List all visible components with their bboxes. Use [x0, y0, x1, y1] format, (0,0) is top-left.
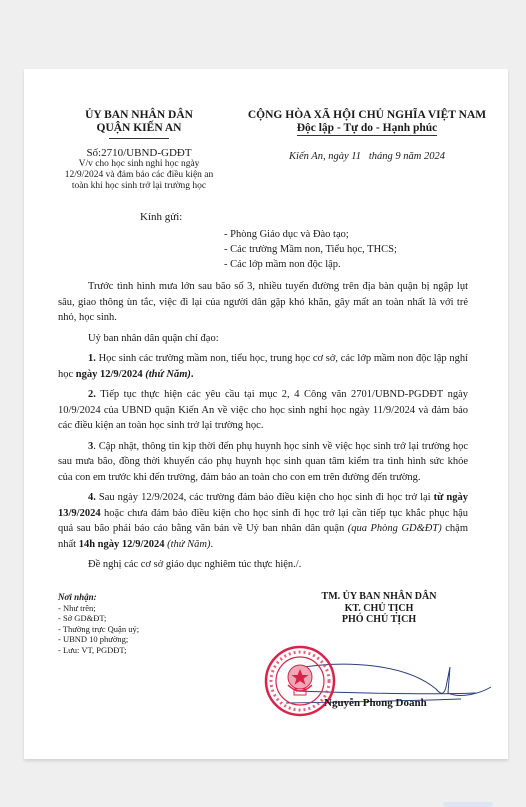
document-number: Số:2710/UBND-GDĐT	[54, 147, 224, 159]
country-name: CỘNG HÒA XÃ HỘI CHỦ NGHĨA VIỆT NAM	[232, 109, 502, 122]
recipient-list: - Phòng Giáo dục và Đào tạo; - Các trườn…	[224, 227, 397, 272]
signature-title-3: PHÓ CHỦ TỊCH	[274, 614, 484, 626]
directive-item-2: 2. Tiếp tục thực hiện các yêu cầu tại mụ…	[58, 387, 468, 434]
national-header: CỘNG HÒA XÃ HỘI CHỦ NGHĨA VIỆT NAM Độc l…	[232, 109, 502, 163]
directive-intro: Uỷ ban nhân dân quận chỉ đạo:	[58, 331, 468, 347]
distribution-heading: Nơi nhận:	[58, 592, 139, 603]
subject-line-2: 12/9/2024 và đảm bảo các điều kiện an	[54, 170, 224, 181]
directive-item-4: 4. Sau ngày 12/9/2024, các trường đảm bả…	[58, 490, 468, 552]
signature-title-1: TM. ỦY BAN NHÂN DÂN	[274, 591, 484, 603]
recipient-item: - Các trường Mầm non, Tiểu học, THCS;	[224, 242, 397, 257]
recipient-item: - Các lớp mầm non độc lập.	[224, 257, 397, 272]
motto-rule	[297, 135, 437, 136]
scroll-indicator	[443, 802, 493, 807]
directive-item-3: 3. Cập nhật, thông tin kịp thời đến phụ …	[58, 439, 468, 486]
distribution-item: - Như trên;	[58, 603, 139, 614]
signer-name: Nguyễn Phong Doanh	[324, 697, 427, 709]
intro-paragraph: Trước tình hình mưa lớn sau bão số 3, nh…	[58, 279, 468, 326]
signature-title-2: KT. CHỦ TỊCH	[274, 603, 484, 615]
distribution-item: - UBND 10 phường;	[58, 634, 139, 645]
header-rule	[109, 138, 169, 139]
document-body: Trước tình hình mưa lớn sau bão số 3, nh…	[58, 279, 468, 578]
salutation: Kính gửi:	[140, 211, 182, 223]
subject-line-1: V/v cho học sinh nghỉ học ngày	[54, 159, 224, 170]
national-motto: Độc lập - Tự do - Hạnh phúc	[232, 122, 502, 135]
document-page: ỦY BAN NHÂN DÂN QUẬN KIẾN AN Số:2710/UBN…	[24, 69, 508, 759]
distribution-item: - Thường trực Quận uỷ;	[58, 624, 139, 635]
distribution-item: - Lưu: VT, PGDĐT;	[58, 645, 139, 656]
issuer-org: ỦY BAN NHÂN DÂN	[54, 109, 224, 122]
signature-block: TM. ỦY BAN NHÂN DÂN KT. CHỦ TỊCH PHÓ CHỦ…	[274, 591, 484, 626]
distribution-item: - Sở GD&ĐT;	[58, 613, 139, 624]
directive-item-1: 1. Học sinh các trường mầm non, tiểu học…	[58, 351, 468, 382]
issue-date: Kiến An, ngày 11 tháng 9 năm 2024	[232, 150, 502, 163]
recipient-item: - Phòng Giáo dục và Đào tạo;	[224, 227, 397, 242]
distribution-list: Nơi nhận: - Như trên; - Sở GD&ĐT; - Thườ…	[58, 592, 139, 655]
issuer-district: QUẬN KIẾN AN	[54, 122, 224, 135]
issuer-header: ỦY BAN NHÂN DÂN QUẬN KIẾN AN Số:2710/UBN…	[54, 109, 224, 192]
subject-line-3: toàn khi học sinh trở lại trường học	[54, 181, 224, 192]
closing-line: Đề nghị các cơ sở giáo dục nghiêm túc th…	[58, 557, 468, 573]
